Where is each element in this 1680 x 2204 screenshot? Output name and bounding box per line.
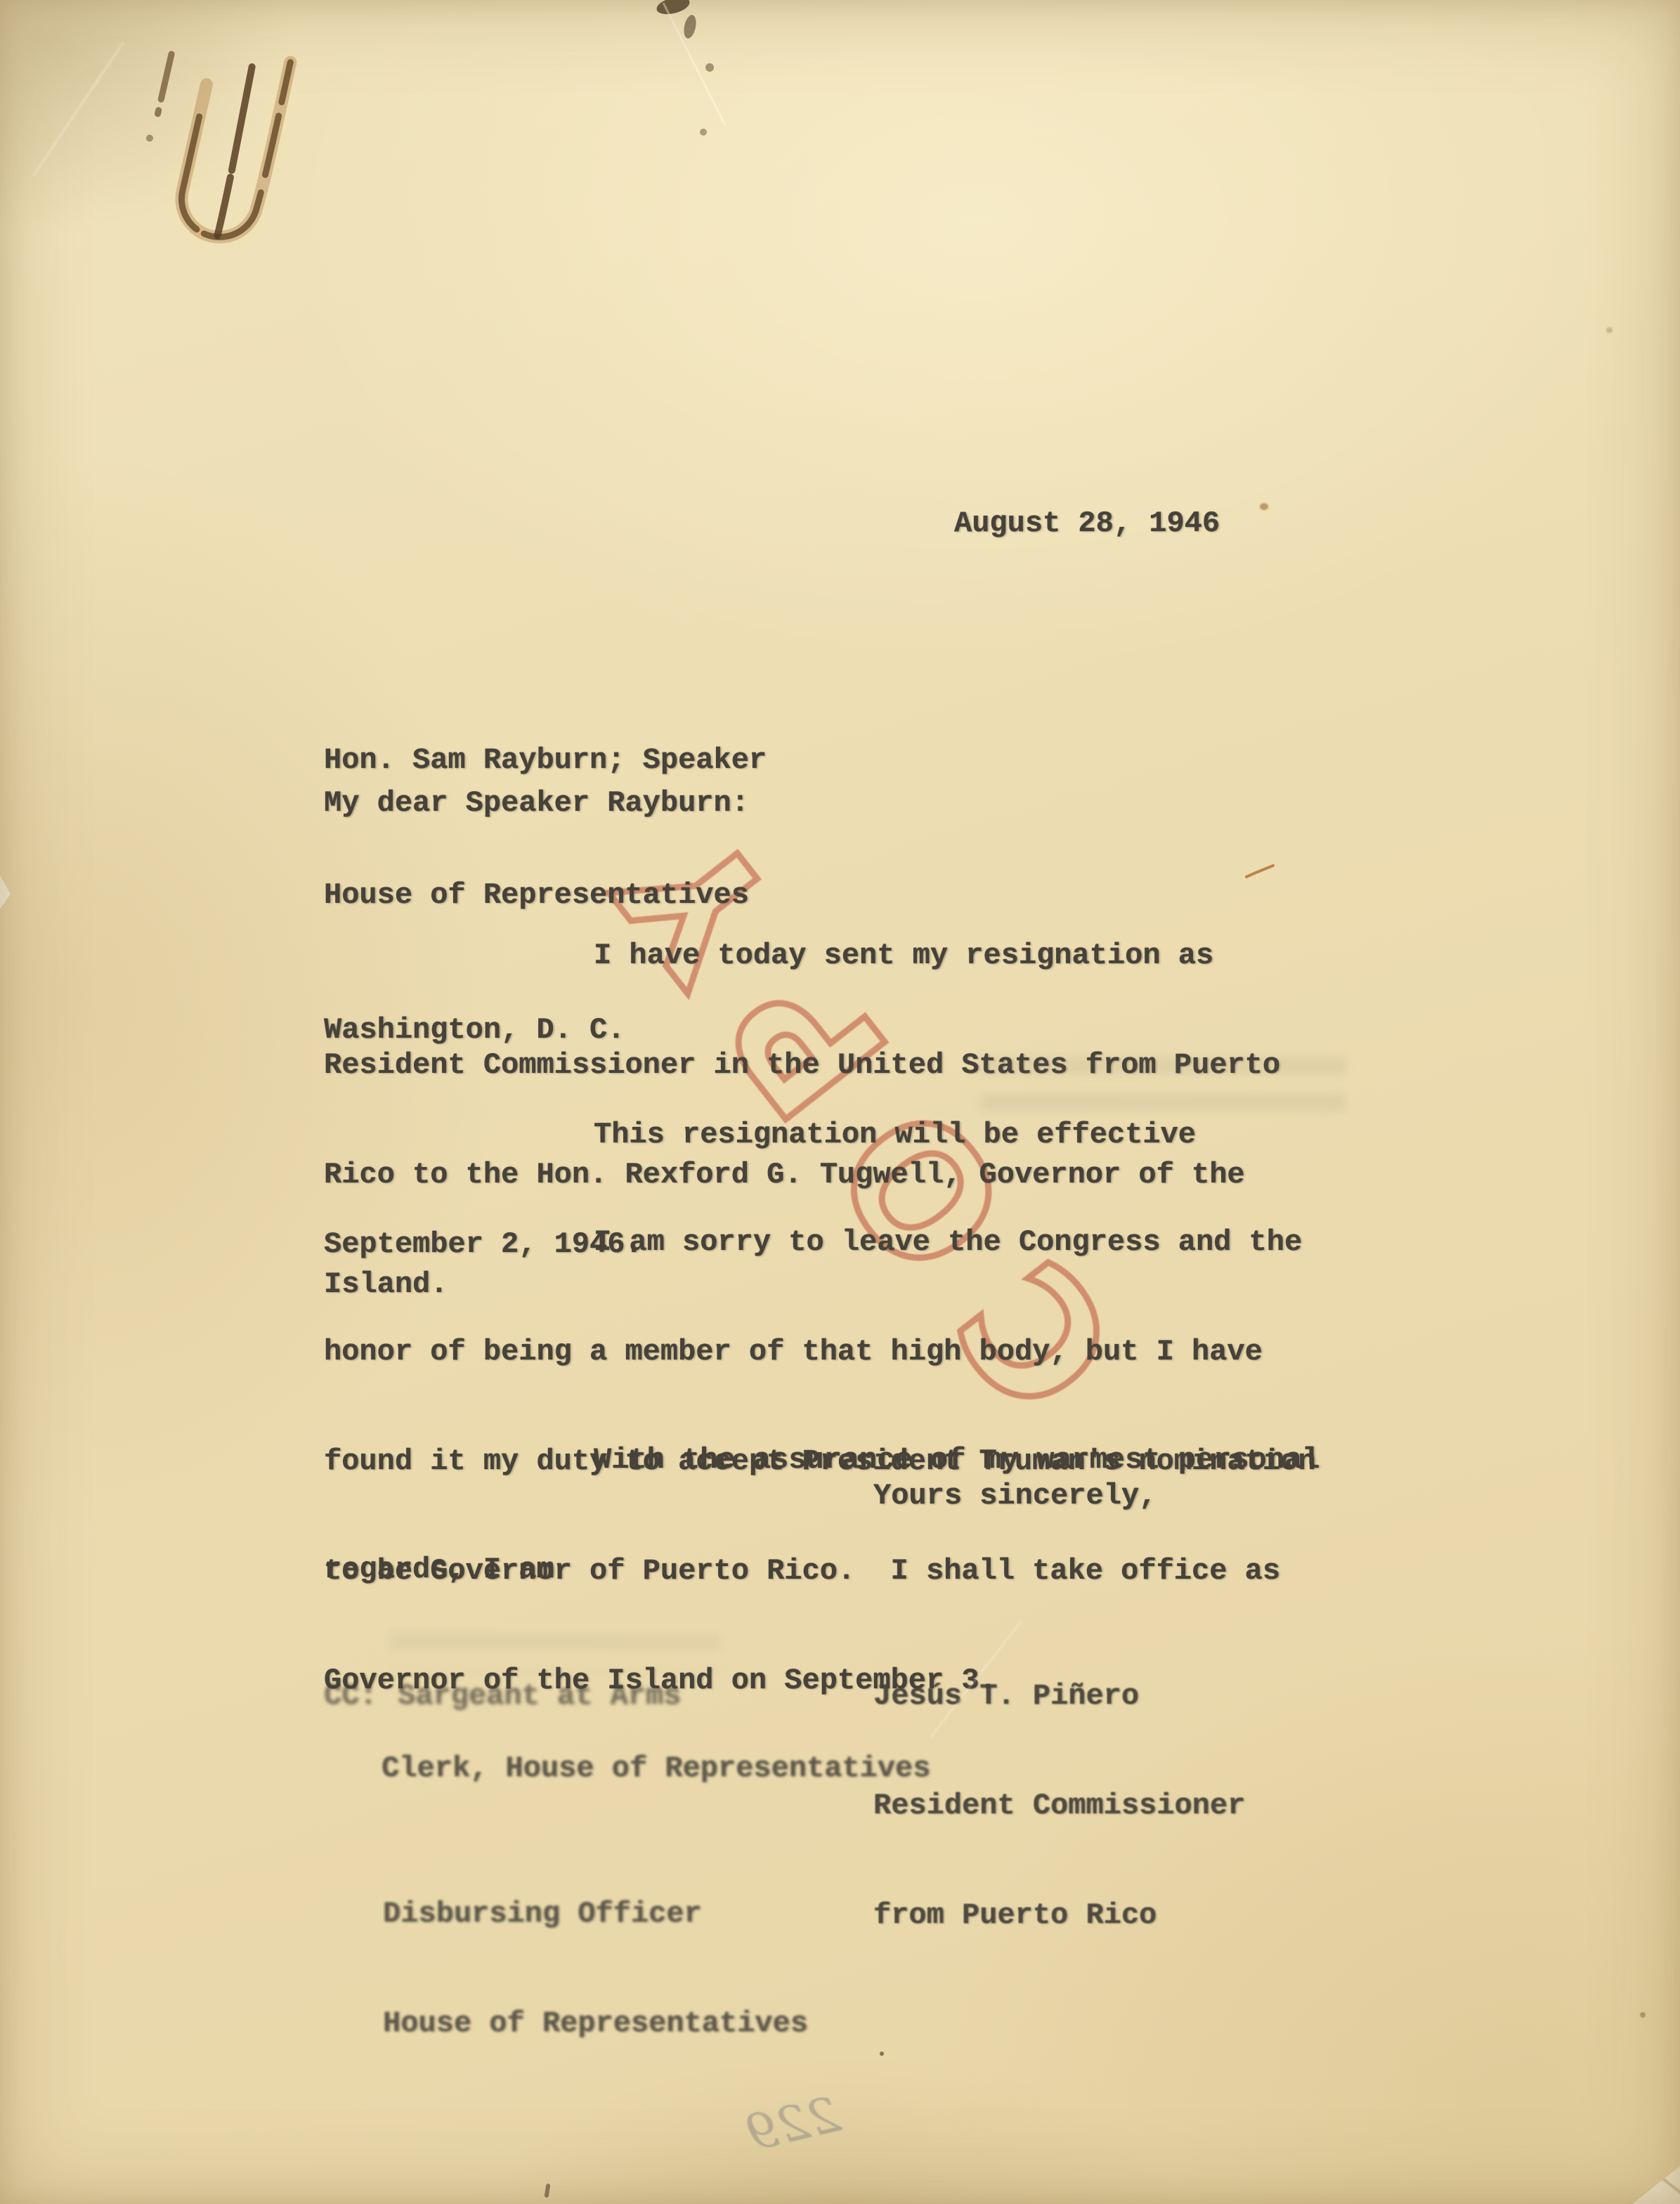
body-line: This resignation will be effective: [324, 1116, 1196, 1153]
cc-entry-line: House of Representatives: [383, 2005, 808, 2042]
closing: Yours sincerely,: [873, 1478, 1157, 1514]
cc-label: CC:: [324, 1678, 377, 1714]
folded-corner: [1632, 2166, 1680, 2204]
foxing-speck: [880, 2052, 884, 2056]
cc-entry: Sargeant at Arms: [398, 1678, 681, 1714]
paperclip-stain: [130, 25, 313, 299]
salutation: My dear Speaker Rayburn:: [324, 785, 749, 821]
body-line: With the assurance of my warmest persona…: [324, 1442, 1320, 1478]
edge-tick: [544, 2184, 550, 2198]
letter-date: August 28, 1946: [954, 505, 1220, 542]
cc-entry-line: Disbursing Officer: [383, 1896, 808, 1932]
foxing-speck: [1260, 503, 1268, 510]
corner-crease: [32, 41, 124, 176]
signature-block: Jesús T. Piñero Resident Commissioner fr…: [873, 1605, 1245, 2007]
body-line: I have today sent my resignation as: [324, 937, 1280, 974]
top-edge-marks: [632, 0, 773, 155]
scanned-letter-page: COPY August 28, 1946 Hon. Sam Rayburn; S…: [0, 0, 1680, 2204]
body-line: I am sorry to leave the Congress and the: [324, 1224, 1315, 1260]
foxing-speck: [1640, 2012, 1646, 2018]
signature-title: from Puerto Rico: [873, 1897, 1245, 1934]
body-line: regards, I am: [324, 1551, 1320, 1588]
check-mark: [1242, 861, 1277, 882]
body-line: honor of being a member of that high bod…: [324, 1334, 1315, 1370]
recipient-line: Hon. Sam Rayburn; Speaker: [324, 738, 767, 783]
signature-name: Jesús T. Piñero: [873, 1678, 1245, 1714]
cc-entry: Disbursing Officer House of Representati…: [383, 1822, 808, 2115]
signature-title: Resident Commissioner: [873, 1787, 1245, 1824]
edge-notch: [0, 875, 11, 909]
fold-seam: [1633, 2155, 1680, 2196]
cc-entry: Clerk, House of Representatives: [382, 1750, 930, 1787]
foxing-speck: [1606, 327, 1613, 333]
